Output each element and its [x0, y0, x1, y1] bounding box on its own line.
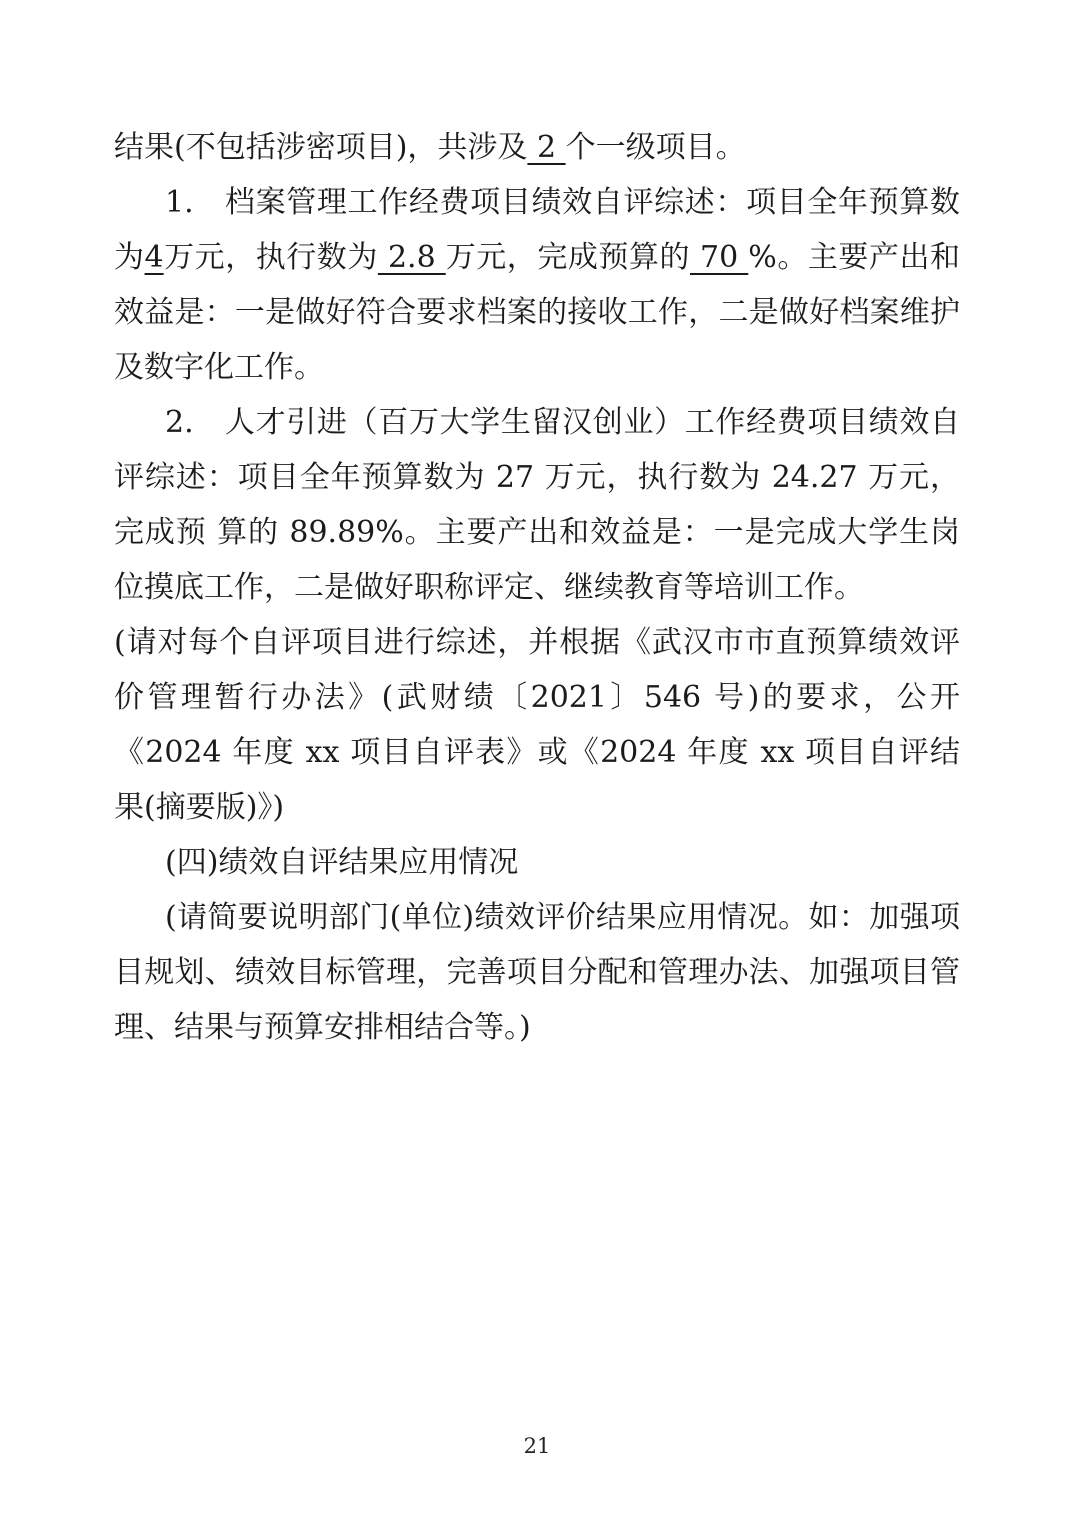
- page-number: 21: [0, 1434, 1074, 1458]
- text-run: 结果(不包括涉密项目)，共涉及: [114, 130, 527, 165]
- text-run: 2. 人才引进（百万大学生留汉创业）工作经费项目绩效自评综述：项目全年预算数为 …: [114, 405, 960, 605]
- underlined-value-percent: 70: [690, 240, 748, 275]
- text-run: 万元，执行数为: [164, 240, 378, 275]
- note-application-instruction: (请简要说明部门(单位)绩效评价结果应用情况。如：加强项目规划、绩效目标管理，完…: [114, 890, 960, 1055]
- section-heading-four: (四)绩效自评结果应用情况: [114, 835, 960, 890]
- paragraph-project-2: 2. 人才引进（百万大学生留汉创业）工作经费项目绩效自评综述：项目全年预算数为 …: [114, 395, 960, 615]
- paragraph-project-1: 1. 档案管理工作经费项目绩效自评综述：项目全年预算数为4万元，执行数为 2.8…: [114, 175, 960, 395]
- document-page: 结果(不包括涉密项目)，共涉及 2 个一级项目。 1. 档案管理工作经费项目绩效…: [0, 0, 1074, 1520]
- underlined-value-project-count: 2: [527, 130, 565, 165]
- document-body: 结果(不包括涉密项目)，共涉及 2 个一级项目。 1. 档案管理工作经费项目绩效…: [114, 120, 960, 1055]
- text-run: 个一级项目。: [566, 130, 746, 165]
- underlined-value-budget: 4: [145, 240, 164, 275]
- paragraph-intro: 结果(不包括涉密项目)，共涉及 2 个一级项目。: [114, 120, 960, 175]
- underlined-value-executed: 2.8: [378, 240, 446, 275]
- text-run: 万元，完成预算的: [446, 240, 690, 275]
- note-self-eval-instruction: (请对每个自评项目进行综述，并根据《武汉市市直预算绩效评价管理暂行办法》(武财绩…: [114, 615, 960, 835]
